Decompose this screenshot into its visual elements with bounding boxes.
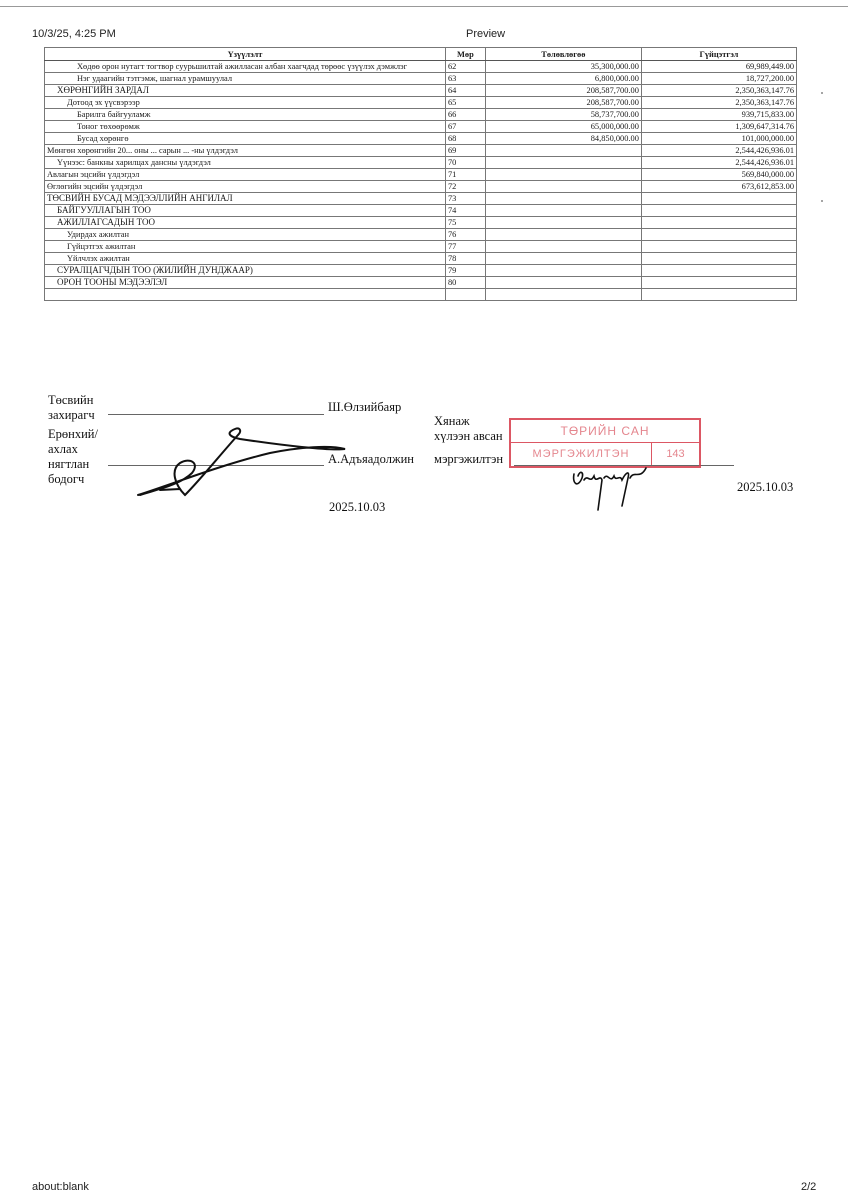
row-number: 66 [445,109,485,121]
actual-value [641,205,796,217]
reviewer-title-line2: хүлээн авсан [434,429,503,444]
actual-value [641,241,796,253]
plan-value: 65,000,000.00 [485,121,641,133]
plan-value: 208,587,700.00 [485,97,641,109]
table-row: Авлагын эцсийн үлдэгдэл71569,840,000.00 [45,169,797,181]
row-number: 68 [445,133,485,145]
manager-title: Төсвийн захирагч [48,393,95,423]
actual-value: 569,840,000.00 [641,169,796,181]
accountant-title-line2: ахлах [48,442,98,457]
plan-value [485,205,641,217]
plan-value [485,157,641,169]
row-number: 77 [445,241,485,253]
row-number: 72 [445,181,485,193]
scan-speck [821,200,823,202]
table-row: Хөдөө орон нутагт тогтвор суурьшилтай аж… [45,61,797,73]
table-row: Барилга байгууламж6658,737,700.00939,715… [45,109,797,121]
row-label: Мөнгөн хөрөнгийн 20... оны ... сарын ...… [45,145,446,157]
header-indicator: Үзүүлэлт [45,48,446,61]
actual-value [641,265,796,277]
row-label: Нэг удаагийн тэтгэмж, шагнал урамшуулал [45,73,446,85]
row-number: 73 [445,193,485,205]
table-header-row: Үзүүлэлт Мөр Төлөвлөгөө Гүйцэтгэл [45,48,797,61]
right-date: 2025.10.03 [737,480,793,495]
left-date: 2025.10.03 [329,500,385,515]
actual-value: 673,612,853.00 [641,181,796,193]
table-row: Мөнгөн хөрөнгийн 20... оны ... сарын ...… [45,145,797,157]
manager-name: Ш.Өлзийбаяр [328,400,401,415]
row-number: 78 [445,253,485,265]
row-number: 64 [445,85,485,97]
table-row: Өглөгийн эцсийн үлдэгдэл72673,612,853.00 [45,181,797,193]
row-number: 63 [445,73,485,85]
accountant-title-line3: нягтлан [48,457,98,472]
plan-value: 58,737,700.00 [485,109,641,121]
row-label: Авлагын эцсийн үлдэгдэл [45,169,446,181]
empty-cell [45,289,446,301]
plan-value [485,217,641,229]
accountant-title-line1: Ерөнхий/ [48,427,98,442]
row-label: БАЙГУУЛЛАГЫН ТОО [45,205,446,217]
plan-value [485,229,641,241]
header-plan: Төлөвлөгөө [485,48,641,61]
actual-value: 939,715,833.00 [641,109,796,121]
row-number: 69 [445,145,485,157]
table-row: Нэг удаагийн тэтгэмж, шагнал урамшуулал6… [45,73,797,85]
row-label: ОРОН ТООНЫ МЭДЭЭЛЭЛ [45,277,446,289]
reviewer-title: Хянаж хүлээн авсан [434,414,503,444]
treasury-stamp: ТӨРИЙН САН МЭРГЭЖИЛТЭН 143 [509,418,701,468]
manager-title-line2: захирагч [48,408,95,423]
actual-value: 18,727,200.00 [641,73,796,85]
row-label: Тоног төхөөрөмж [45,121,446,133]
plan-value: 208,587,700.00 [485,85,641,97]
actual-value [641,229,796,241]
table-row: ХӨРӨНГИЙН ЗАРДАЛ64208,587,700.002,350,36… [45,85,797,97]
row-number: 76 [445,229,485,241]
row-number: 71 [445,169,485,181]
print-timestamp: 10/3/25, 4:25 PM [32,28,116,40]
actual-value [641,217,796,229]
reviewer-title-line1: Хянаж [434,414,503,429]
top-divider [0,6,848,7]
row-number: 67 [445,121,485,133]
manager-signature-line [108,414,324,415]
empty-cell [485,289,641,301]
manager-title-line1: Төсвийн [48,393,95,408]
actual-value: 2,350,363,147.76 [641,85,796,97]
empty-cell [641,289,796,301]
plan-value [485,181,641,193]
row-label: ТӨСВИЙН БУСАД МЭДЭЭЛЛИЙН АНГИЛАЛ [45,193,446,205]
page-url: about:blank [32,1181,89,1193]
actual-value [641,253,796,265]
row-label: Үүнээс: банкны харилцах дансны үлдэгдэл [45,157,446,169]
plan-value [485,277,641,289]
plan-value [485,265,641,277]
accountant-title-line4: бодогч [48,472,98,487]
actual-value: 69,989,449.00 [641,61,796,73]
plan-value [485,169,641,181]
actual-value: 1,309,647,314.76 [641,121,796,133]
row-label: Бусад хөрөнгө [45,133,446,145]
accountant-title: Ерөнхий/ ахлах нягтлан бодогч [48,427,98,487]
actual-value: 101,000,000.00 [641,133,796,145]
row-label: АЖИЛЛАГСАДЫН ТОО [45,217,446,229]
table-row: АЖИЛЛАГСАДЫН ТОО75 [45,217,797,229]
row-label: Өглөгийн эцсийн үлдэгдэл [45,181,446,193]
plan-value [485,145,641,157]
table-row: БАЙГУУЛЛАГЫН ТОО74 [45,205,797,217]
stamp-top-text: ТӨРИЙН САН [511,420,699,443]
row-number: 70 [445,157,485,169]
row-label: Дотоод эх үүсвэрээр [45,97,446,109]
row-label: Үйлчлэх ажилтан [45,253,446,265]
row-label: Хөдөө орон нутагт тогтвор суурьшилтай аж… [45,61,446,73]
page-indicator: 2/2 [801,1181,816,1193]
row-label: СУРАЛЦАГЧДЫН ТОО (ЖИЛИЙН ДУНДЖААР) [45,265,446,277]
table-row: Бусад хөрөнгө6884,850,000.00101,000,000.… [45,133,797,145]
actual-value: 2,544,426,936.01 [641,145,796,157]
scan-speck [821,92,823,94]
header-row-number: Мөр [445,48,485,61]
table-row: Гүйцэтгэх ажилтан77 [45,241,797,253]
report-table: Үзүүлэлт Мөр Төлөвлөгөө Гүйцэтгэл Хөдөө … [44,47,797,301]
plan-value: 6,800,000.00 [485,73,641,85]
plan-value [485,193,641,205]
empty-cell [445,289,485,301]
plan-value [485,253,641,265]
row-number: 80 [445,277,485,289]
actual-value: 2,350,363,147.76 [641,97,796,109]
header-actual: Гүйцэтгэл [641,48,796,61]
row-label: Барилга байгууламж [45,109,446,121]
table-row: Үүнээс: банкны харилцах дансны үлдэгдэл7… [45,157,797,169]
actual-value: 2,544,426,936.01 [641,157,796,169]
table-row: Удирдах ажилтан76 [45,229,797,241]
reviewer-signature-scribble [570,466,660,514]
row-label: Удирдах ажилтан [45,229,446,241]
table-row: Үйлчлэх ажилтан78 [45,253,797,265]
actual-value [641,277,796,289]
stamp-bottom-right-text: 143 [652,443,699,465]
plan-value [485,241,641,253]
row-label: Гүйцэтгэх ажилтан [45,241,446,253]
row-number: 75 [445,217,485,229]
table-row: ОРОН ТООНЫ МЭДЭЭЛЭЛ80 [45,277,797,289]
row-number: 62 [445,61,485,73]
row-number: 79 [445,265,485,277]
row-number: 65 [445,97,485,109]
stamp-bottom-left-text: МЭРГЭЖИЛТЭН [511,443,652,465]
actual-value [641,193,796,205]
table-row: Дотоод эх үүсвэрээр65208,587,700.002,350… [45,97,797,109]
plan-value: 35,300,000.00 [485,61,641,73]
row-label: ХӨРӨНГИЙН ЗАРДАЛ [45,85,446,97]
reviewer-title-line3: мэргэжилтэн [434,452,503,467]
table-trailing-row [45,289,797,301]
row-number: 74 [445,205,485,217]
print-title: Preview [466,28,505,40]
table-row: ТӨСВИЙН БУСАД МЭДЭЭЛЛИЙН АНГИЛАЛ73 [45,193,797,205]
table-row: Тоног төхөөрөмж6765,000,000.001,309,647,… [45,121,797,133]
accountant-signature-scribble [130,425,360,500]
table-row: СУРАЛЦАГЧДЫН ТОО (ЖИЛИЙН ДУНДЖААР)79 [45,265,797,277]
plan-value: 84,850,000.00 [485,133,641,145]
